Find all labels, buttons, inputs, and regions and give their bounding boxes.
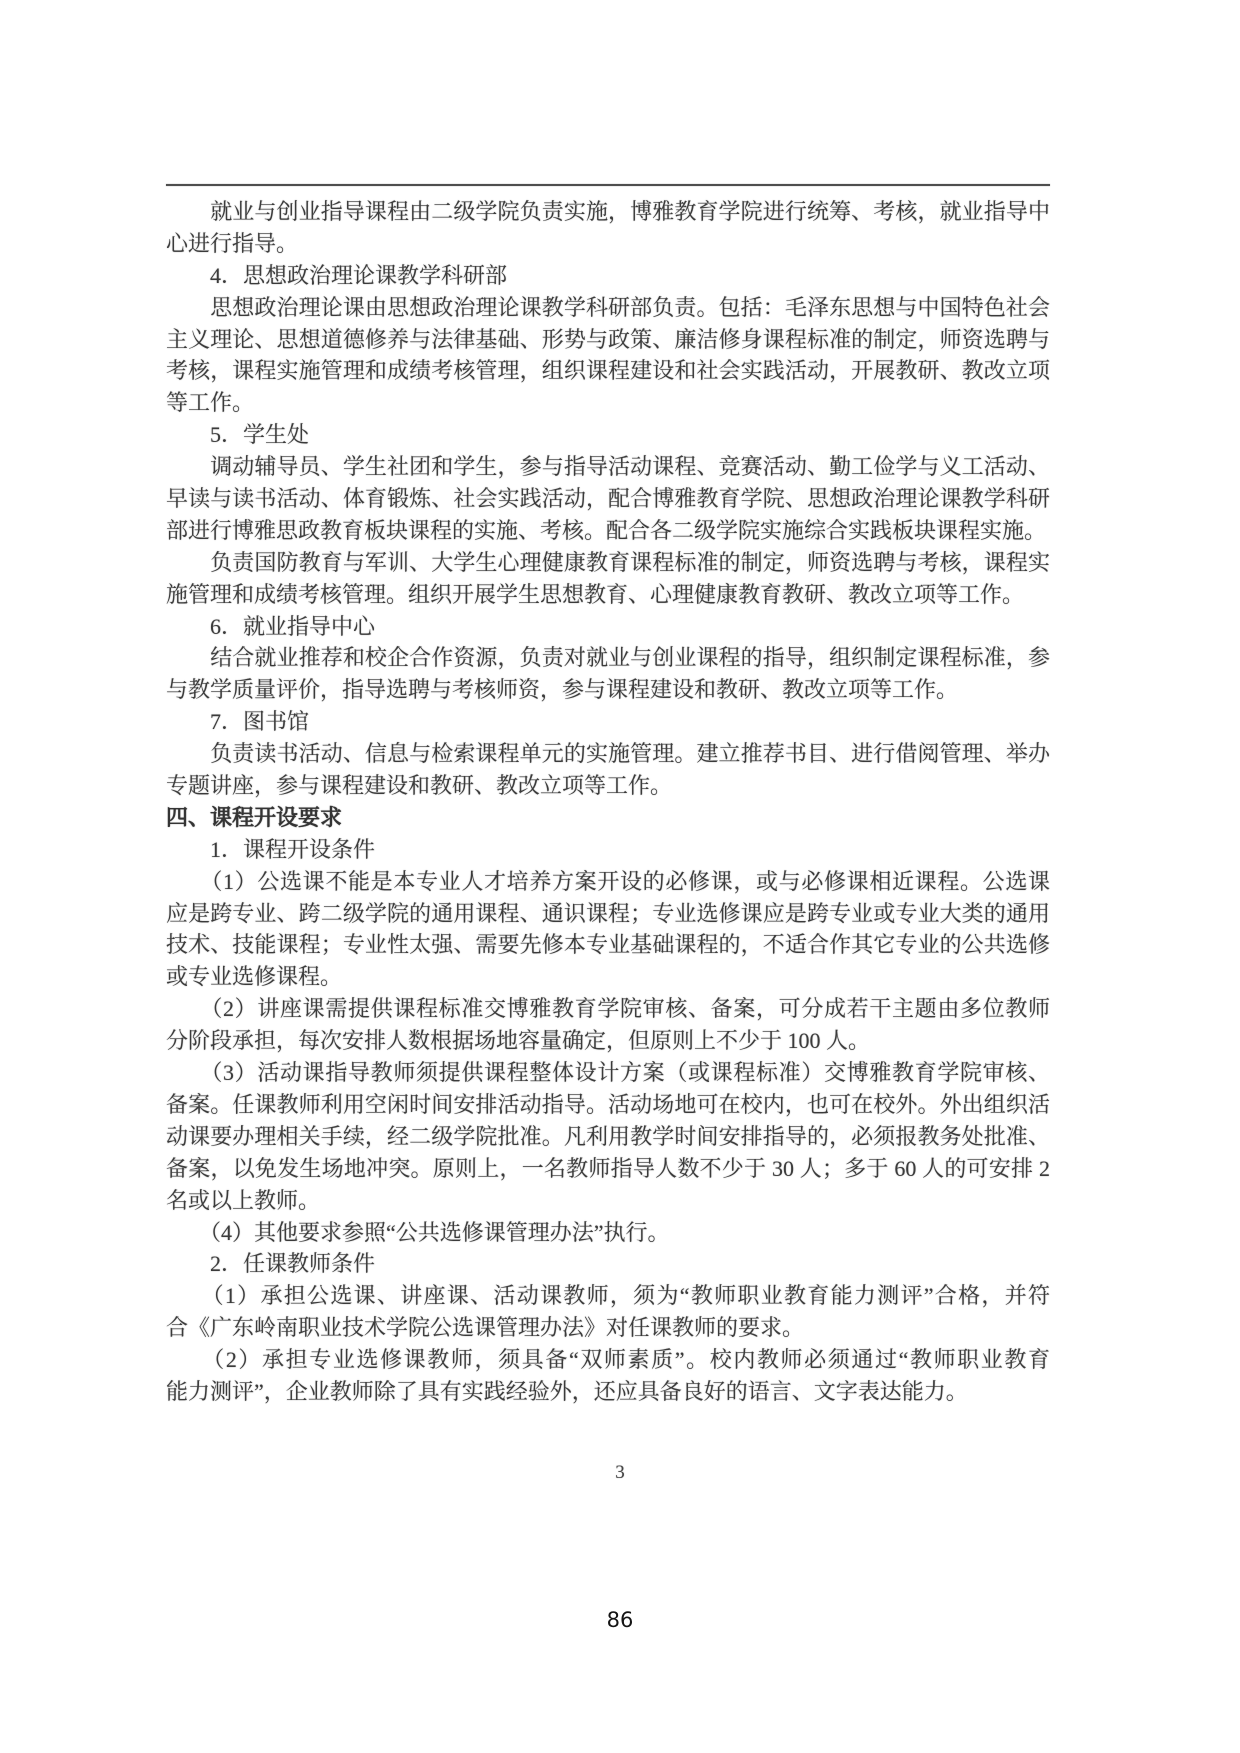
text-line: （2）承担专业选修课教师，须具备“双师素质”。校内教师必须通过“教师职业教育 — [166, 1344, 1050, 1376]
text-line: 思想政治理论课由思想政治理论课教学科研部负责。包括：毛泽东思想与中国特色社会 — [166, 292, 1050, 324]
text-line: 1．课程开设条件 — [166, 834, 1050, 866]
document-text: 就业与创业指导课程由二级学院负责实施，博雅教育学院进行统筹、考核，就业指导中心进… — [166, 196, 1050, 1408]
text-line: 四、课程开设要求 — [166, 802, 1050, 834]
text-line: （4）其他要求参照“公共选修课管理办法”执行。 — [166, 1217, 1050, 1249]
text-line: 施管理和成绩考核管理。组织开展学生思想教育、心理健康教育教研、教改立项等工作。 — [166, 579, 1050, 611]
text-line: 应是跨专业、跨二级学院的通用课程、通识课程；专业选修课应是跨专业或专业大类的通用 — [166, 898, 1050, 930]
text-line: 备案。任课教师利用空闲时间安排活动指导。活动场地可在校内，也可在校外。外出组织活 — [166, 1089, 1050, 1121]
text-line: 就业与创业指导课程由二级学院负责实施，博雅教育学院进行统筹、考核，就业指导中 — [166, 196, 1050, 228]
text-line: （2）讲座课需提供课程标准交博雅教育学院审核、备案，可分成若干主题由多位教师 — [166, 993, 1050, 1025]
text-line: 专题讲座，参与课程建设和教研、教改立项等工作。 — [166, 770, 1050, 802]
text-line: 名或以上教师。 — [166, 1185, 1050, 1217]
text-line: 结合就业推荐和校企合作资源，负责对就业与创业课程的指导，组织制定课程标准，参 — [166, 642, 1050, 674]
text-line: 心进行指导。 — [166, 228, 1050, 260]
text-line: 等工作。 — [166, 387, 1050, 419]
text-line: 备案，以免发生场地冲突。原则上，一名教师指导人数不少于 30 人；多于 60 人… — [166, 1153, 1050, 1185]
text-line: 或专业选修课程。 — [166, 961, 1050, 993]
document-page: 就业与创业指导课程由二级学院负责实施，博雅教育学院进行统筹、考核，就业指导中心进… — [0, 0, 1240, 1753]
text-line: 2．任课教师条件 — [166, 1248, 1050, 1280]
viewer-page-number: 86 — [0, 1608, 1240, 1632]
text-line: 5．学生处 — [166, 419, 1050, 451]
text-line: 负责读书活动、信息与检索课程单元的实施管理。建立推荐书目、进行借阅管理、举办 — [166, 738, 1050, 770]
document-page-number: 3 — [0, 1462, 1240, 1484]
text-line: 合《广东岭南职业技术学院公选课管理办法》对任课教师的要求。 — [166, 1312, 1050, 1344]
header-rule — [166, 184, 1050, 186]
text-line: （1）承担公选课、讲座课、活动课教师，须为“教师职业教育能力测评”合格，并符 — [166, 1280, 1050, 1312]
text-line: 主义理论、思想道德修养与法律基础、形势与政策、廉洁修身课程标准的制定，师资选聘与 — [166, 324, 1050, 356]
text-line: 与教学质量评价，指导选聘与考核师资，参与课程建设和教研、教改立项等工作。 — [166, 674, 1050, 706]
text-line: 调动辅导员、学生社团和学生，参与指导活动课程、竞赛活动、勤工俭学与义工活动、 — [166, 451, 1050, 483]
text-line: 动课要办理相关手续，经二级学院批准。凡利用教学时间安排指导的，必须报教务处批准、 — [166, 1121, 1050, 1153]
text-line: （1）公选课不能是本专业人才培养方案开设的必修课，或与必修课相近课程。公选课 — [166, 866, 1050, 898]
text-line: 4．思想政治理论课教学科研部 — [166, 260, 1050, 292]
text-line: 分阶段承担，每次安排人数根据场地容量确定，但原则上不少于 100 人。 — [166, 1025, 1050, 1057]
text-line: 负责国防教育与军训、大学生心理健康教育课程标准的制定，师资选聘与考核，课程实 — [166, 547, 1050, 579]
text-line: 能力测评”，企业教师除了具有实践经验外，还应具备良好的语言、文字表达能力。 — [166, 1376, 1050, 1408]
text-line: 考核，课程实施管理和成绩考核管理，组织课程建设和社会实践活动，开展教研、教改立项 — [166, 355, 1050, 387]
text-line: （3）活动课指导教师须提供课程整体设计方案（或课程标准）交博雅教育学院审核、 — [166, 1057, 1050, 1089]
text-line: 6．就业指导中心 — [166, 611, 1050, 643]
text-line: 7．图书馆 — [166, 706, 1050, 738]
text-line: 技术、技能课程；专业性太强、需要先修本专业基础课程的，不适合作其它专业的公共选修 — [166, 929, 1050, 961]
text-line: 部进行博雅思政教育板块课程的实施、考核。配合各二级学院实施综合实践板块课程实施。 — [166, 515, 1050, 547]
text-line: 早读与读书活动、体育锻炼、社会实践活动，配合博雅教育学院、思想政治理论课教学科研 — [166, 483, 1050, 515]
